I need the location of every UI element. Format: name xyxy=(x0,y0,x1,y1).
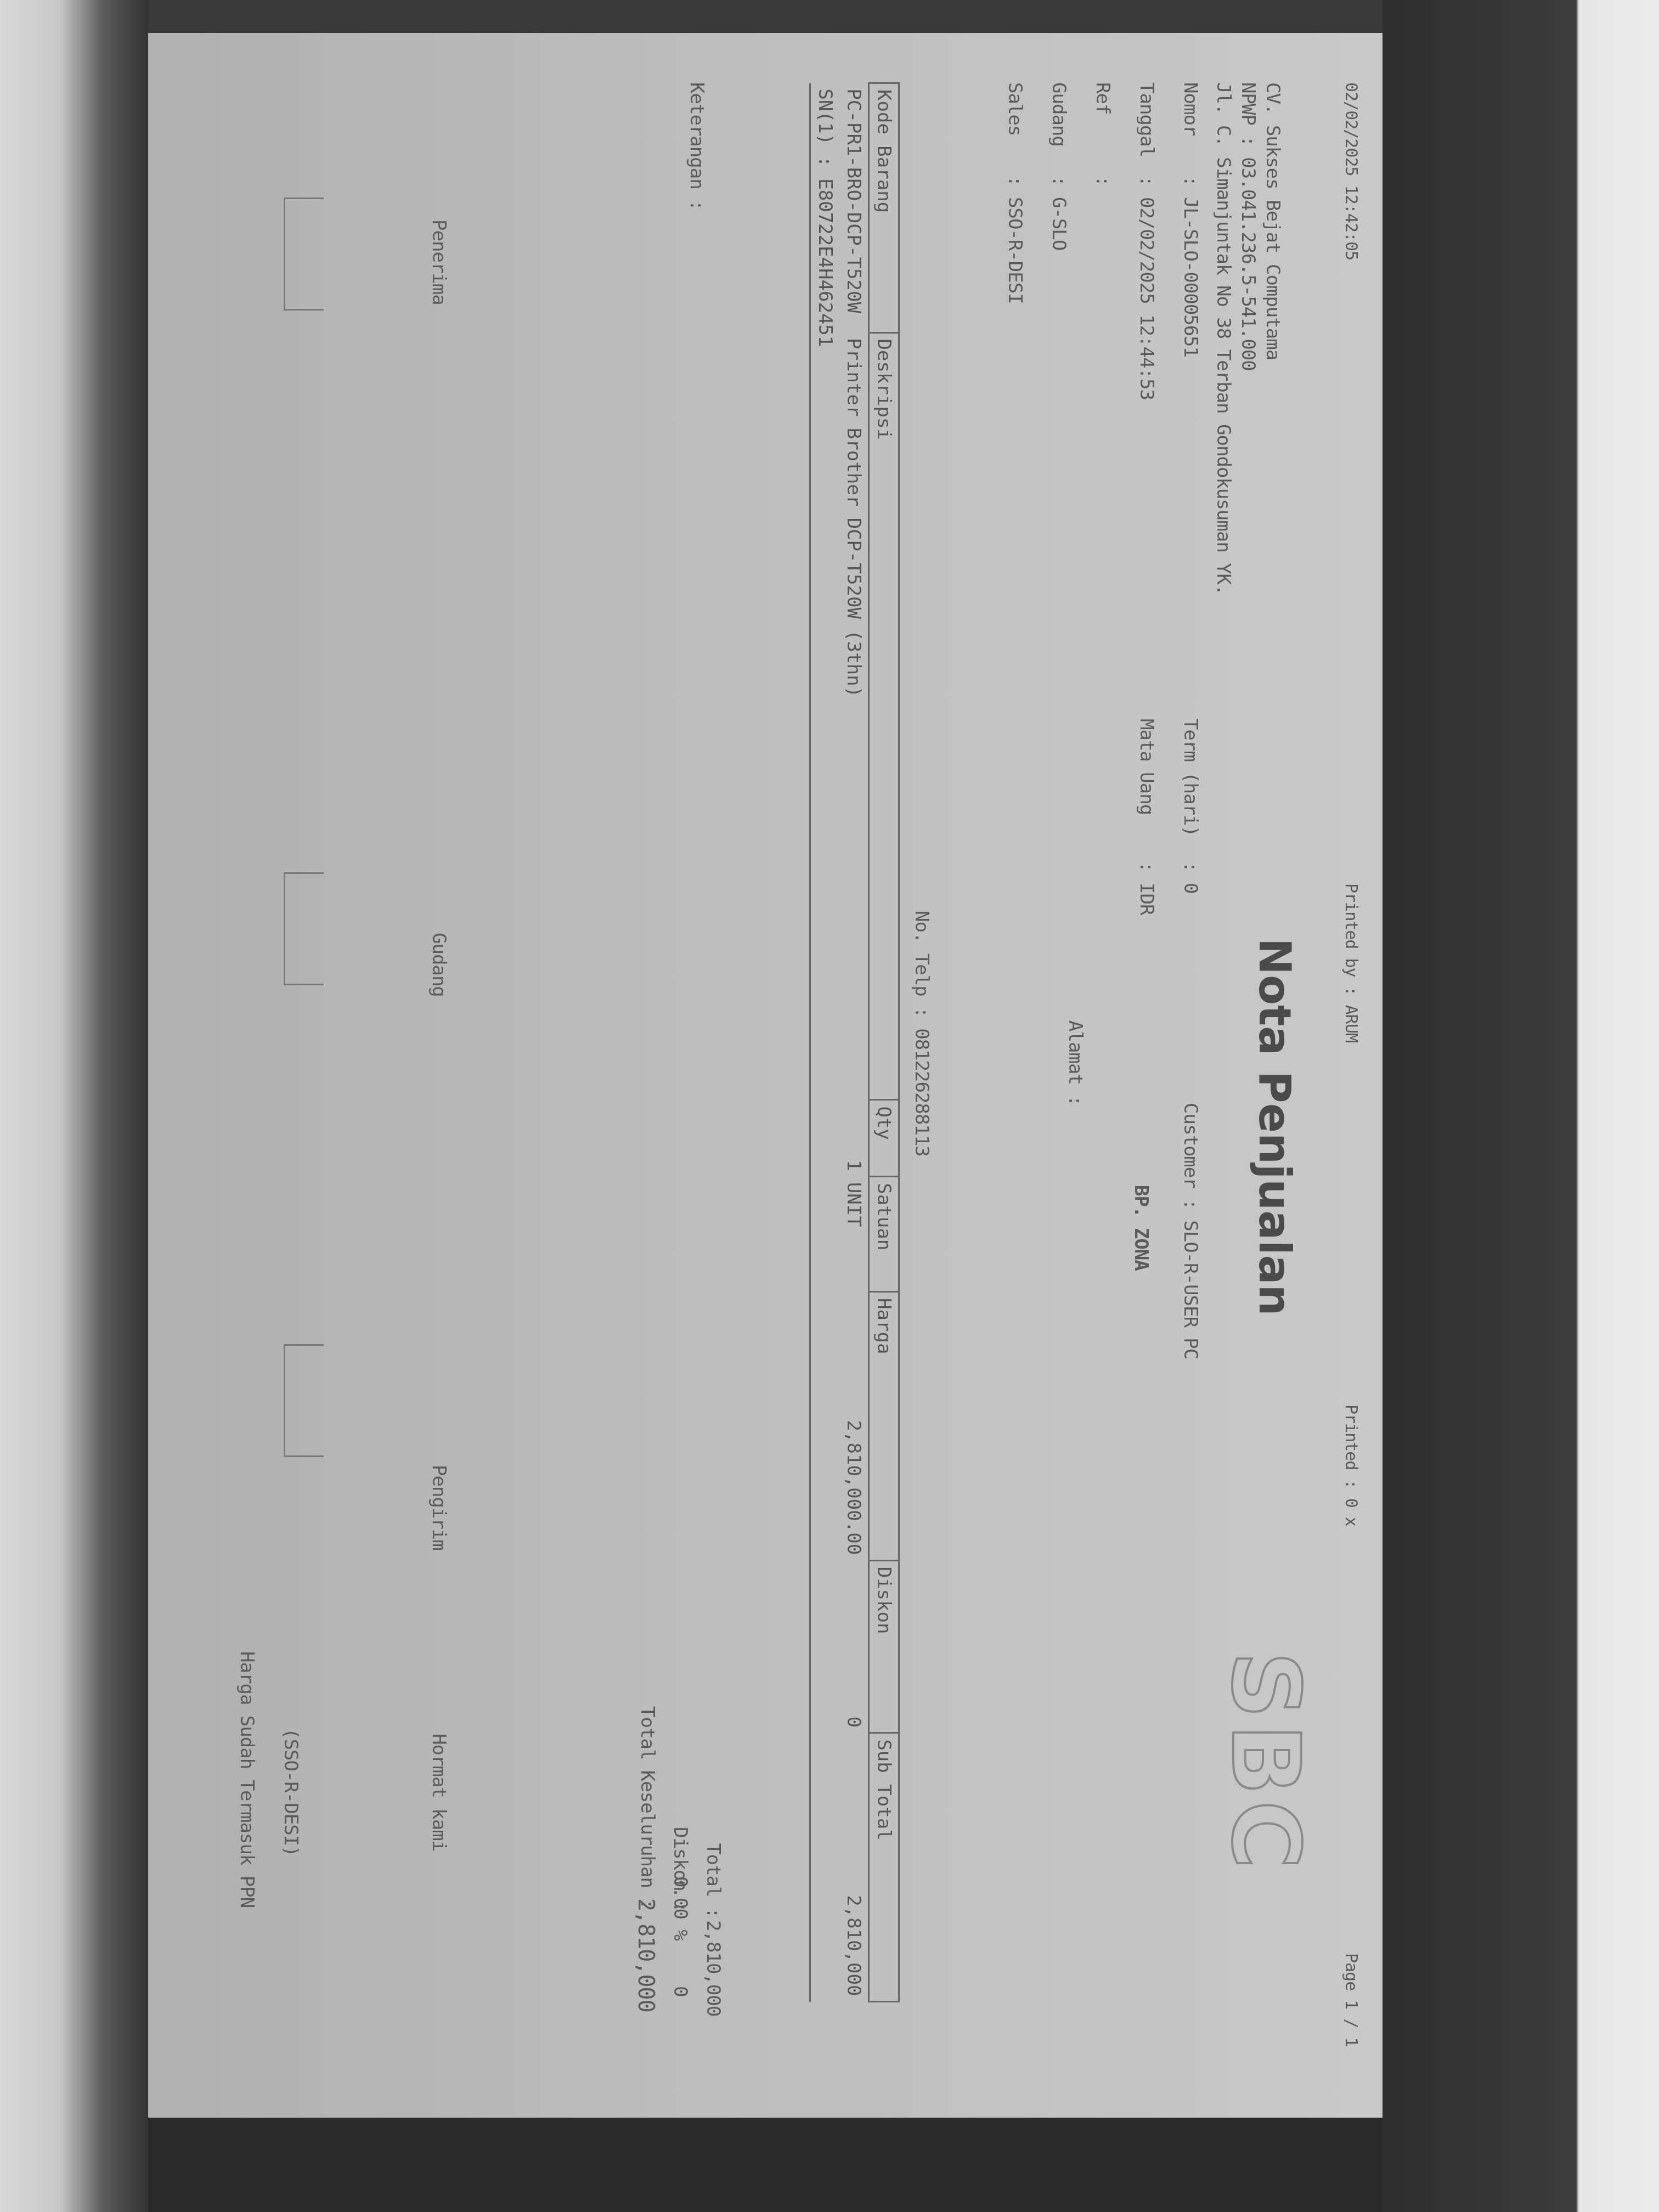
customer-code: : SLO-R-USER PC xyxy=(1180,1199,1201,1359)
footer-note: Harga Sudah Termasuk PPN xyxy=(236,1651,258,1908)
grand-total-label: Total Keseluruhan : xyxy=(636,1706,658,1909)
total-label: Total : xyxy=(702,1843,724,1918)
printed-by: Printed by : ARUM xyxy=(1341,883,1361,1042)
meta-gudang: Gudang: G-SLO xyxy=(1048,82,1070,250)
customer-phone: No. Telp : 081226288113 xyxy=(911,911,933,1156)
customer-address: Alamat : xyxy=(1064,1020,1086,1106)
printed-count: Printed : 0 x xyxy=(1341,1404,1361,1526)
sign-gudang: Gudang xyxy=(428,933,450,997)
company-logo: SBC xyxy=(1211,1651,1319,1875)
meta-label: Term (hari) xyxy=(1180,719,1201,861)
total-value: 2,810,000 xyxy=(702,1920,724,2016)
meta-label: Gudang xyxy=(1048,82,1070,176)
customer-name: BP. ZONA xyxy=(1130,1185,1152,1271)
keterangan-label: Keterangan : xyxy=(686,82,708,211)
meta-label: Tanggal xyxy=(1136,82,1158,176)
column-header: Diskon xyxy=(869,1560,899,1733)
meta-value: : IDR xyxy=(1136,861,1158,915)
background-right xyxy=(1383,0,1659,2212)
meta-label: Nomor xyxy=(1180,82,1201,176)
meta-tanggal: Tanggal: 02/02/2025 12:44:53 xyxy=(1136,82,1158,400)
meta-value: : 02/02/2025 12:44:53 xyxy=(1136,176,1158,400)
sign-hormat: Hormat kami xyxy=(428,1734,450,1851)
table-row: PC-PR1-BRO-DCP-T520WPrinter Brother DCP-… xyxy=(839,83,869,2002)
printed-by-value: ARUM xyxy=(1341,1005,1361,1042)
cell-deskripsi: Printer Brother DCP-T520W (3thn) xyxy=(839,332,869,1100)
customer-label: Customer xyxy=(1180,1103,1201,1188)
meta-mata-uang: Mata Uang: IDR xyxy=(1136,719,1158,915)
phone-value: : 081226288113 xyxy=(911,1007,933,1156)
company-npwp: NPWP : 03.041.236.5-541.000 xyxy=(1237,82,1259,371)
printed-count-value: 0 x xyxy=(1341,1498,1361,1526)
cell-qty: 1 xyxy=(839,1100,869,1177)
cell-subtotal: 2,810,000 xyxy=(839,1733,869,2002)
meta-label: Ref xyxy=(1092,82,1114,176)
items-table: Kode BarangDeskripsiQtySatuanHargaDiskon… xyxy=(809,82,900,2002)
meta-term-hari-: Term (hari): 0 xyxy=(1180,719,1201,893)
diskon-value: 0 xyxy=(669,1986,691,1996)
meta-value: : 0 xyxy=(1180,861,1201,893)
meta-nomor: Nomor: JL-SLO-00005651 xyxy=(1180,82,1201,357)
cell-diskon: 0 xyxy=(839,1560,869,1733)
column-header: Kode Barang xyxy=(869,83,899,333)
background-bottom xyxy=(148,2118,1383,2212)
cell-harga: 2,810,000.00 xyxy=(839,1292,869,1561)
printed-count-label: Printed : xyxy=(1341,1404,1361,1489)
column-header: Satuan xyxy=(869,1177,899,1292)
sign-box-pengirim xyxy=(284,1344,324,1457)
printed-by-label: Printed by : xyxy=(1341,883,1361,996)
column-header: Harga xyxy=(869,1292,899,1561)
printed-at: 02/02/2025 12:42:05 xyxy=(1341,82,1361,260)
company-address: Jl. C. Simanjuntak No 38 Terban Gondokus… xyxy=(1212,82,1234,595)
meta-value: : G-SLO xyxy=(1048,176,1070,250)
meta-value: : JL-SLO-00005651 xyxy=(1180,176,1201,357)
meta-value: : xyxy=(1092,176,1114,186)
column-header: Deskripsi xyxy=(869,332,899,1100)
page-indicator: Page 1 / 1 xyxy=(1341,1953,1361,2047)
phone-label: No. Telp xyxy=(911,911,933,996)
meta-ref: Ref: xyxy=(1092,82,1114,186)
table-body: PC-PR1-BRO-DCP-T520WPrinter Brother DCP-… xyxy=(810,83,869,2002)
serial-number: SN(1) : E80722E4H462451 xyxy=(810,83,840,2002)
meta-sales: Sales: SSO-R-DESI xyxy=(1004,82,1026,304)
address-value: : xyxy=(1064,1095,1086,1105)
sign-box-penerima xyxy=(284,198,324,311)
grand-total-value: 2,810,000 xyxy=(633,1898,658,2012)
receipt-paper: 02/02/2025 12:42:05 Printed by : ARUM Pr… xyxy=(148,33,1383,2118)
company-name: CV. Sukses Bejat Computama xyxy=(1262,82,1284,360)
column-header: Qty xyxy=(869,1100,899,1177)
sign-hormat-name: (SSO-R-DESI) xyxy=(280,1728,302,1857)
meta-value: : SSO-R-DESI xyxy=(1004,176,1026,304)
sign-pengirim: Pengirim xyxy=(428,1465,450,1550)
table-header: Kode BarangDeskripsiQtySatuanHargaDiskon… xyxy=(869,83,899,2002)
column-header: Sub Total xyxy=(869,1733,899,2002)
document-title: Nota Penjualan xyxy=(1249,938,1300,1316)
sign-box-gudang xyxy=(284,872,324,985)
sign-penerima: Penerima xyxy=(428,219,450,305)
customer-row: Customer : SLO-R-USER PC xyxy=(1180,1103,1201,1359)
serial-row: SN(1) : E80722E4H462451 xyxy=(810,83,840,2002)
address-label: Alamat xyxy=(1064,1020,1086,1085)
meta-label: Sales xyxy=(1004,82,1026,176)
cell-satuan: UNIT xyxy=(839,1177,869,1292)
background-left xyxy=(0,0,148,2212)
background-top xyxy=(148,0,1383,33)
cell-kode: PC-PR1-BRO-DCP-T520W xyxy=(839,83,869,333)
meta-label: Mata Uang xyxy=(1136,719,1158,861)
diskon-pct: 0.00 % xyxy=(669,1876,691,1940)
